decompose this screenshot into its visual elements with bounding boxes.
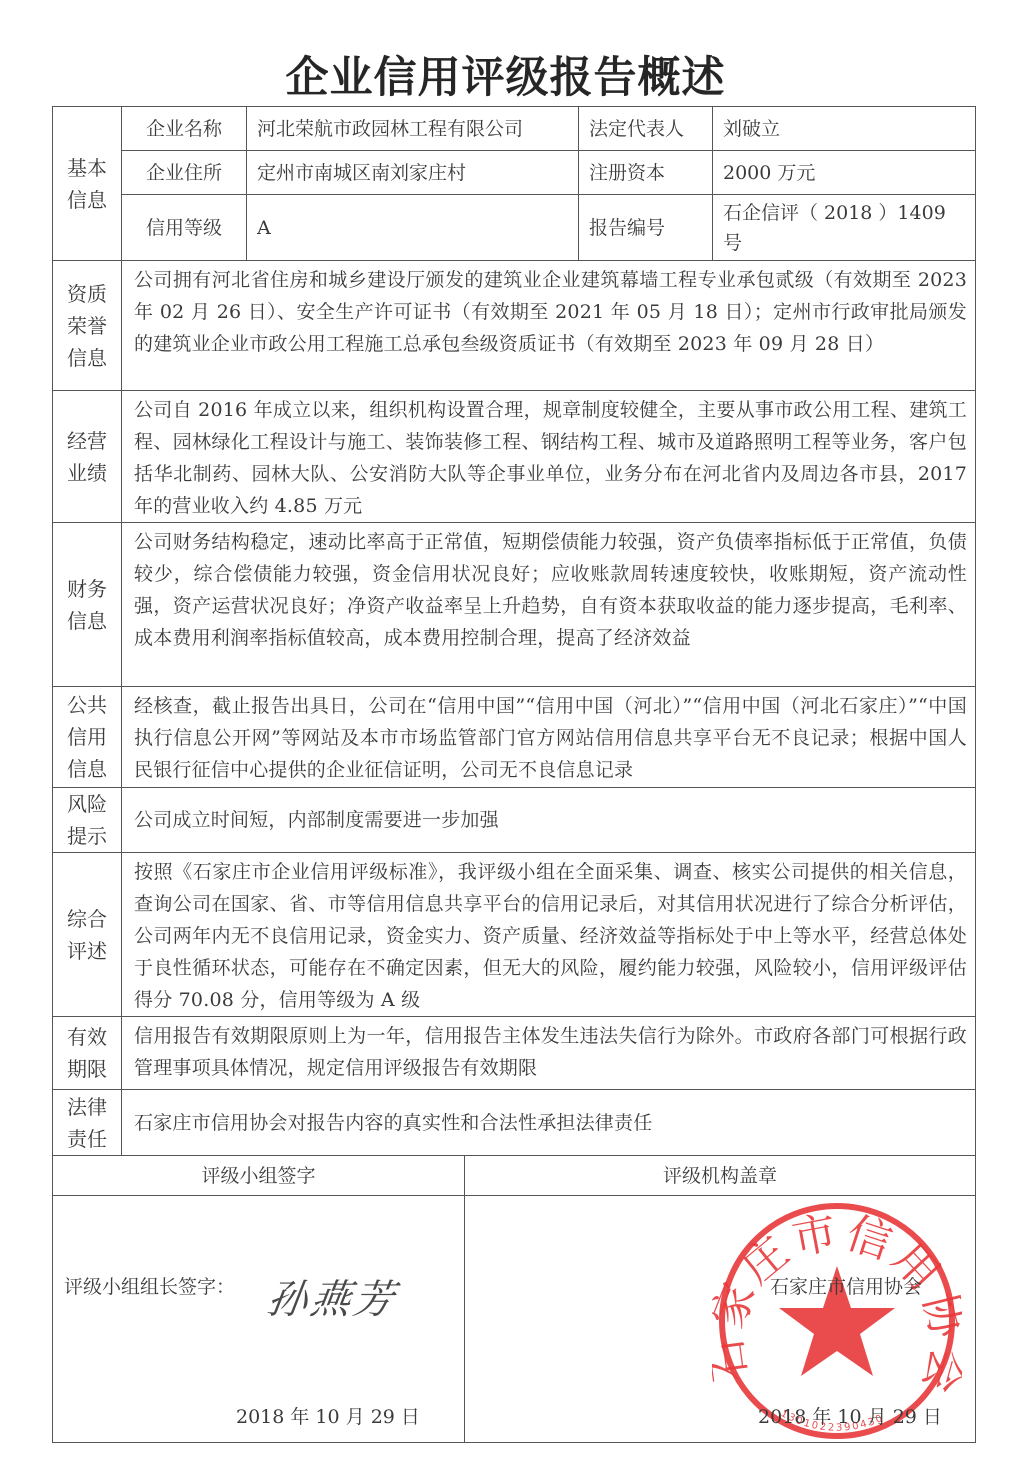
address-label: 企业住所: [121, 150, 247, 195]
reg-capital-label: 注册资本: [578, 150, 713, 195]
legal-rep-label: 法定代表人: [578, 106, 713, 151]
rating-team-signature-header: 评级小组签字: [52, 1155, 465, 1196]
legal-liability-label: 法律责任: [52, 1089, 122, 1156]
company-name-label: 企业名称: [121, 106, 247, 151]
handwritten-signature: 孙燕芳: [264, 1268, 401, 1325]
company-name-value: 河北荣航市政园林工程有限公司: [246, 106, 579, 151]
summary-label: 综合评述: [52, 852, 122, 1017]
rating-agency-seal-header: 评级机构盖章: [464, 1155, 976, 1196]
credit-grade-label: 信用等级: [121, 194, 247, 261]
report-no-value: 石企信评（ 2018 ）1409 号: [712, 194, 976, 261]
risk-warning-label: 风险提示: [52, 787, 122, 853]
financial-info-text: 公司财务结构稳定，速动比率高于正常值，短期偿债能力较强，资产负债率指标低于正常值…: [121, 522, 976, 687]
legal-liability-text: 石家庄市信用协会对报告内容的真实性和合法性承担法律责任: [121, 1089, 976, 1156]
financial-info-label: 财务信息: [52, 522, 122, 687]
report-no-label: 报告编号: [578, 194, 713, 261]
rating-agency-name: 石家庄市信用协会: [770, 1272, 922, 1299]
agency-seal-date: 2018 年 10 月 29 日: [758, 1402, 942, 1429]
validity-label: 有效期限: [52, 1016, 122, 1090]
team-leader-signature-label: 评级小组组长签字：: [64, 1272, 235, 1299]
public-credit-text: 经核查，截止报告出具日，公司在“信用中国”“信用中国（河北）”“信用中国（河北石…: [121, 686, 976, 788]
team-signature-date: 2018 年 10 月 29 日: [236, 1402, 420, 1429]
qualification-label: 资质荣誉信息: [52, 260, 122, 391]
basic-info-label: 基本信息: [52, 106, 122, 261]
public-credit-label: 公共信用信息: [52, 686, 122, 788]
reg-capital-value: 2000 万元: [712, 150, 976, 195]
legal-rep-value: 刘破立: [712, 106, 976, 151]
business-performance-label: 经营业绩: [52, 390, 122, 523]
validity-text: 信用报告有效期限原则上为一年，信用报告主体发生违法失信行为除外。市政府各部门可根…: [121, 1016, 976, 1090]
business-performance-text: 公司自 2016 年成立以来，组织机构设置合理，规章制度较健全，主要从事市政公用…: [121, 390, 976, 523]
credit-grade-value: A: [246, 194, 579, 261]
qualification-text: 公司拥有河北省住房和城乡建设厅颁发的建筑业企业建筑幕墙工程专业承包贰级（有效期至…: [121, 260, 976, 391]
risk-warning-text: 公司成立时间短，内部制度需要进一步加强: [121, 787, 976, 853]
address-value: 定州市南城区南刘家庄村: [246, 150, 579, 195]
summary-text: 按照《石家庄市企业信用评级标准》，我评级小组在全面采集、调查、核实公司提供的相关…: [121, 852, 976, 1017]
